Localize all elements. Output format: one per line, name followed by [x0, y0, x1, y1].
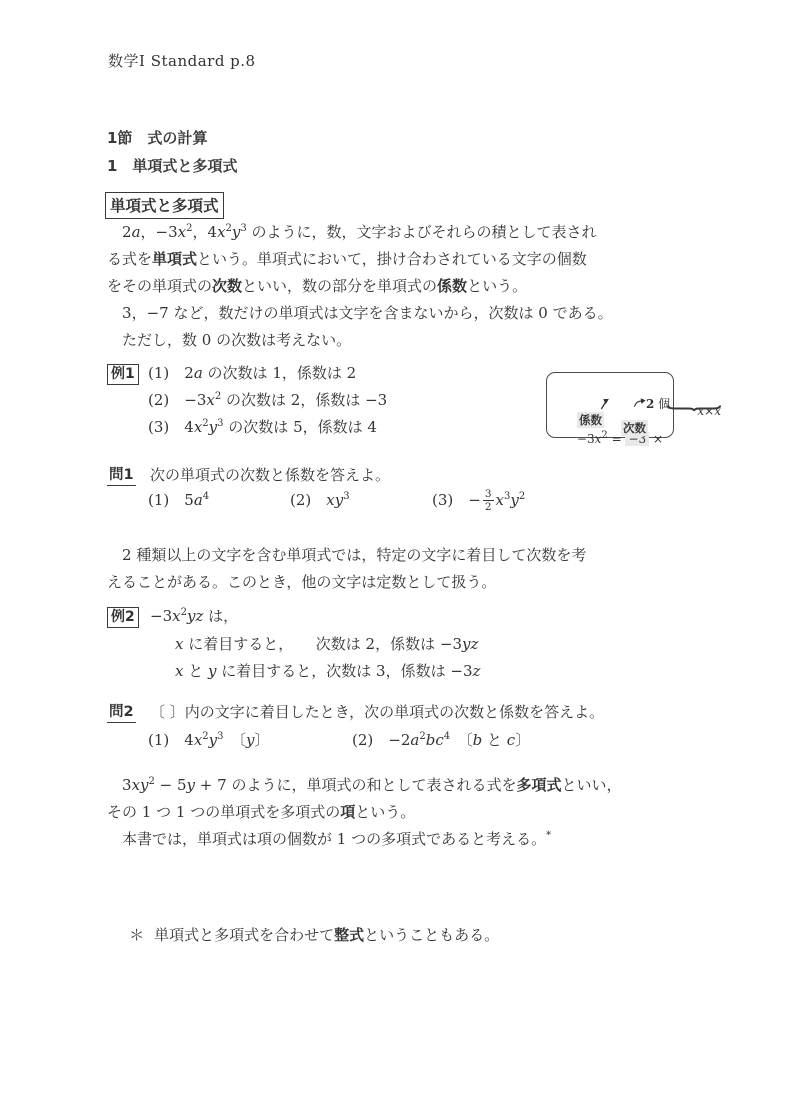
text-line: 2 種類以上の文字を含む単項式では，特定の文字に着目して次数を考 — [107, 542, 586, 569]
coefficient-tag: 係数 — [577, 412, 604, 428]
question1-item: (3) −32x3y2 — [432, 487, 525, 514]
text-line: 本書では，単項式は項の個数が 1 つの多項式であると考える。* — [107, 826, 622, 853]
text-line: 2a，−3x2，4x2y3 のように，数，文字およびそれらの積として表され — [107, 219, 613, 246]
question1-item: (2) xy3 — [290, 487, 350, 514]
example1-item: (1) 2a の次数は 1，係数は 2 — [148, 360, 387, 387]
subsection-heading: 1 単項式と多項式 — [107, 155, 237, 176]
example2-lead: −3x2yz は， — [150, 603, 238, 630]
example2-label: 例2 — [107, 607, 139, 628]
example2-row: x に着目すると， 次数は 2，係数は −3yz — [175, 631, 478, 658]
intro-paragraph: 2a，−3x2，4x2y3 のように，数，文字およびそれらの積として表され る式… — [107, 219, 613, 354]
question1-item: (1) 5a4 — [148, 487, 209, 514]
example1-item: (2) −3x2 の次数は 2，係数は −3 — [148, 387, 387, 414]
question1-lead: 次の単項式の次数と係数を答えよ。 — [150, 462, 390, 489]
page-header: 数学I Standard p.8 — [108, 50, 256, 71]
focus-paragraph: 2 種類以上の文字を含む単項式では，特定の文字に着目して次数を考 えることがある… — [107, 542, 586, 596]
footnote: ＊単項式と多項式を合わせて整式ということもある。 — [110, 895, 499, 922]
example1-item: (3) 4x2y3 の次数は 5，係数は 4 — [148, 414, 387, 441]
count-label: 2 個 — [646, 395, 670, 412]
text-line: えることがある。このとき，他の文字は定数として扱う。 — [107, 569, 586, 596]
text-line: その 1 つ 1 つの単項式を多項式の項という。 — [107, 799, 622, 826]
topic-title-box: 単項式と多項式 — [105, 192, 224, 219]
degree-tag: 次数 — [621, 420, 648, 436]
example1-items: (1) 2a の次数は 1，係数は 2 (2) −3x2 の次数は 2，係数は … — [148, 360, 387, 441]
text-line: をその単項式の次数といい，数の部分を単項式の係数という。 — [107, 273, 613, 300]
coefficient-arrow-icon — [599, 396, 610, 411]
question2-label: 問2 — [107, 703, 136, 723]
section-heading: 1節 式の計算 — [107, 127, 207, 148]
question1-label: 問1 — [107, 466, 136, 486]
example2-row: x と y に着目すると，次数は 3，係数は −3z — [175, 658, 480, 685]
question2-item: (2) −2a2bc4 〔b と c〕 — [352, 727, 530, 754]
underbrace-icon — [667, 405, 721, 411]
textbook-page: 数学I Standard p.8 1節 式の計算 1 単項式と多項式 単項式と多… — [0, 0, 790, 1115]
question2-lead: 〔 〕内の文字に着目したとき，次の単項式の次数と係数を答えよ。 — [150, 699, 604, 726]
text-line: る式を単項式という。単項式において，掛け合わされている文字の個数 — [107, 246, 613, 273]
braced-term: x×x — [667, 390, 721, 446]
footnote-marker: ＊ — [129, 926, 144, 944]
question2-item: (1) 4x2y3 〔y〕 — [148, 727, 270, 754]
example1-label: 例1 — [107, 364, 139, 385]
text-line: ただし，数 0 の次数は考えない。 — [107, 327, 613, 354]
footnote-text: 単項式と多項式を合わせて整式ということもある。 — [154, 926, 499, 944]
annotation-note-box: −3x2 = −3 × x×x 2 個 係数 次数 — [546, 372, 674, 438]
curved-arrow-icon — [633, 397, 647, 408]
polynomial-paragraph: 3xy2 − 5y + 7 のように，単項式の和として表される式を多項式といい，… — [107, 772, 622, 853]
text-line: 3xy2 − 5y + 7 のように，単項式の和として表される式を多項式といい， — [107, 772, 622, 799]
text-line: 3，−7 など，数だけの単項式は文字を含まないから，次数は 0 である。 — [107, 300, 613, 327]
